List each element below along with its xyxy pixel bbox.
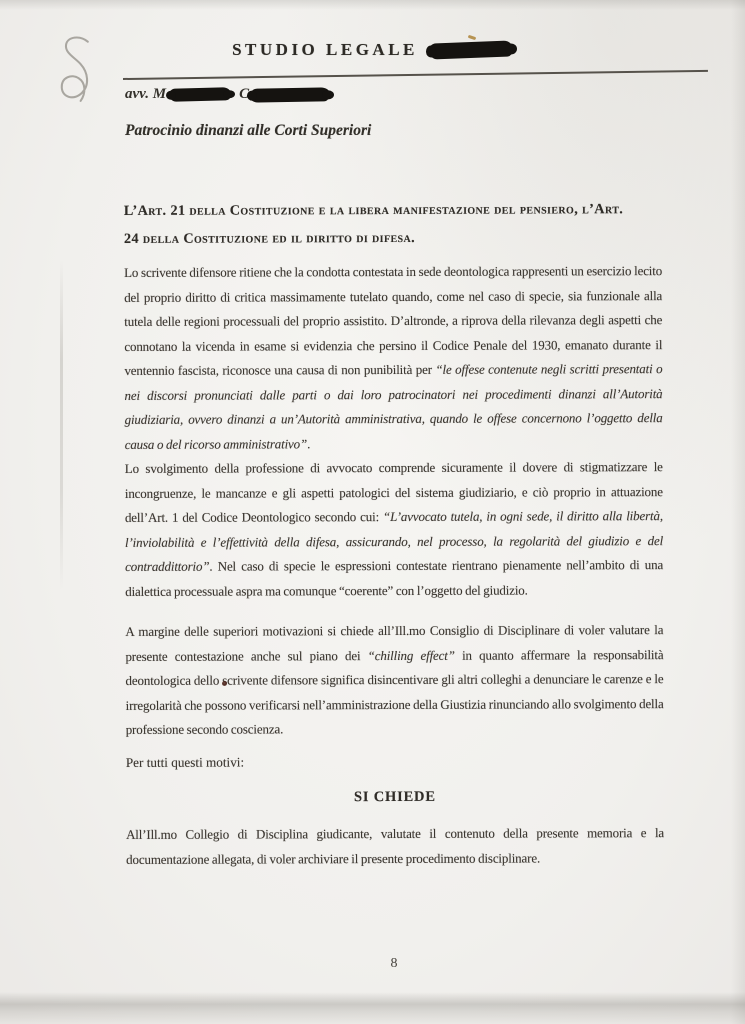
letterhead: STUDIO LEGALE bbox=[0, 40, 745, 60]
heading-line-2: 24 della Costituzione ed il diritto di d… bbox=[124, 223, 662, 253]
quoted-term: “chilling effect” bbox=[368, 647, 455, 662]
stain-dot bbox=[222, 681, 227, 686]
heading-line-1: L’Art. 21 della Costituzione e la libera… bbox=[124, 195, 662, 225]
document-body: L’Art. 21 della Costituzione e la libera… bbox=[124, 195, 664, 872]
redaction-lawyer-first-name bbox=[169, 87, 231, 102]
document-heading: L’Art. 21 della Costituzione e la libera… bbox=[124, 195, 662, 253]
redaction-firm-name bbox=[429, 40, 514, 59]
lawyer-line: avv. M C bbox=[125, 86, 330, 103]
paper-fold-line bbox=[60, 260, 63, 590]
firm-tagline: Patrocinio dinanzi alle Corti Superiori bbox=[125, 122, 371, 140]
paragraph-chilling-effect: A margine delle superiori motivazioni si… bbox=[125, 618, 663, 742]
scanned-page: STUDIO LEGALE avv. M C Patrocinio dinanz… bbox=[0, 0, 745, 1024]
header-rule bbox=[123, 70, 708, 80]
top-scan-shadow bbox=[0, 0, 745, 10]
lawyer-prefix: avv. M bbox=[125, 86, 166, 103]
page-number: 8 bbox=[125, 956, 663, 972]
right-scan-shadow bbox=[731, 0, 745, 1024]
closing-paragraph: All’Ill.mo Collegio di Disciplina giudic… bbox=[126, 821, 664, 872]
firm-title: STUDIO LEGALE bbox=[232, 40, 418, 60]
paragraph-lawyer-duty: Lo svolgimento della professione di avvo… bbox=[125, 455, 664, 604]
bottom-scan-shadow bbox=[0, 992, 745, 1024]
closing-intro: Per tutti questi motivi: bbox=[126, 749, 664, 775]
paragraph-right-of-criticism: Lo scrivente difensore ritiene che la co… bbox=[124, 259, 663, 457]
redaction-lawyer-last-name bbox=[250, 87, 330, 102]
demand-heading: SI CHIEDE bbox=[126, 784, 664, 810]
paragraph-text: . bbox=[307, 436, 310, 451]
